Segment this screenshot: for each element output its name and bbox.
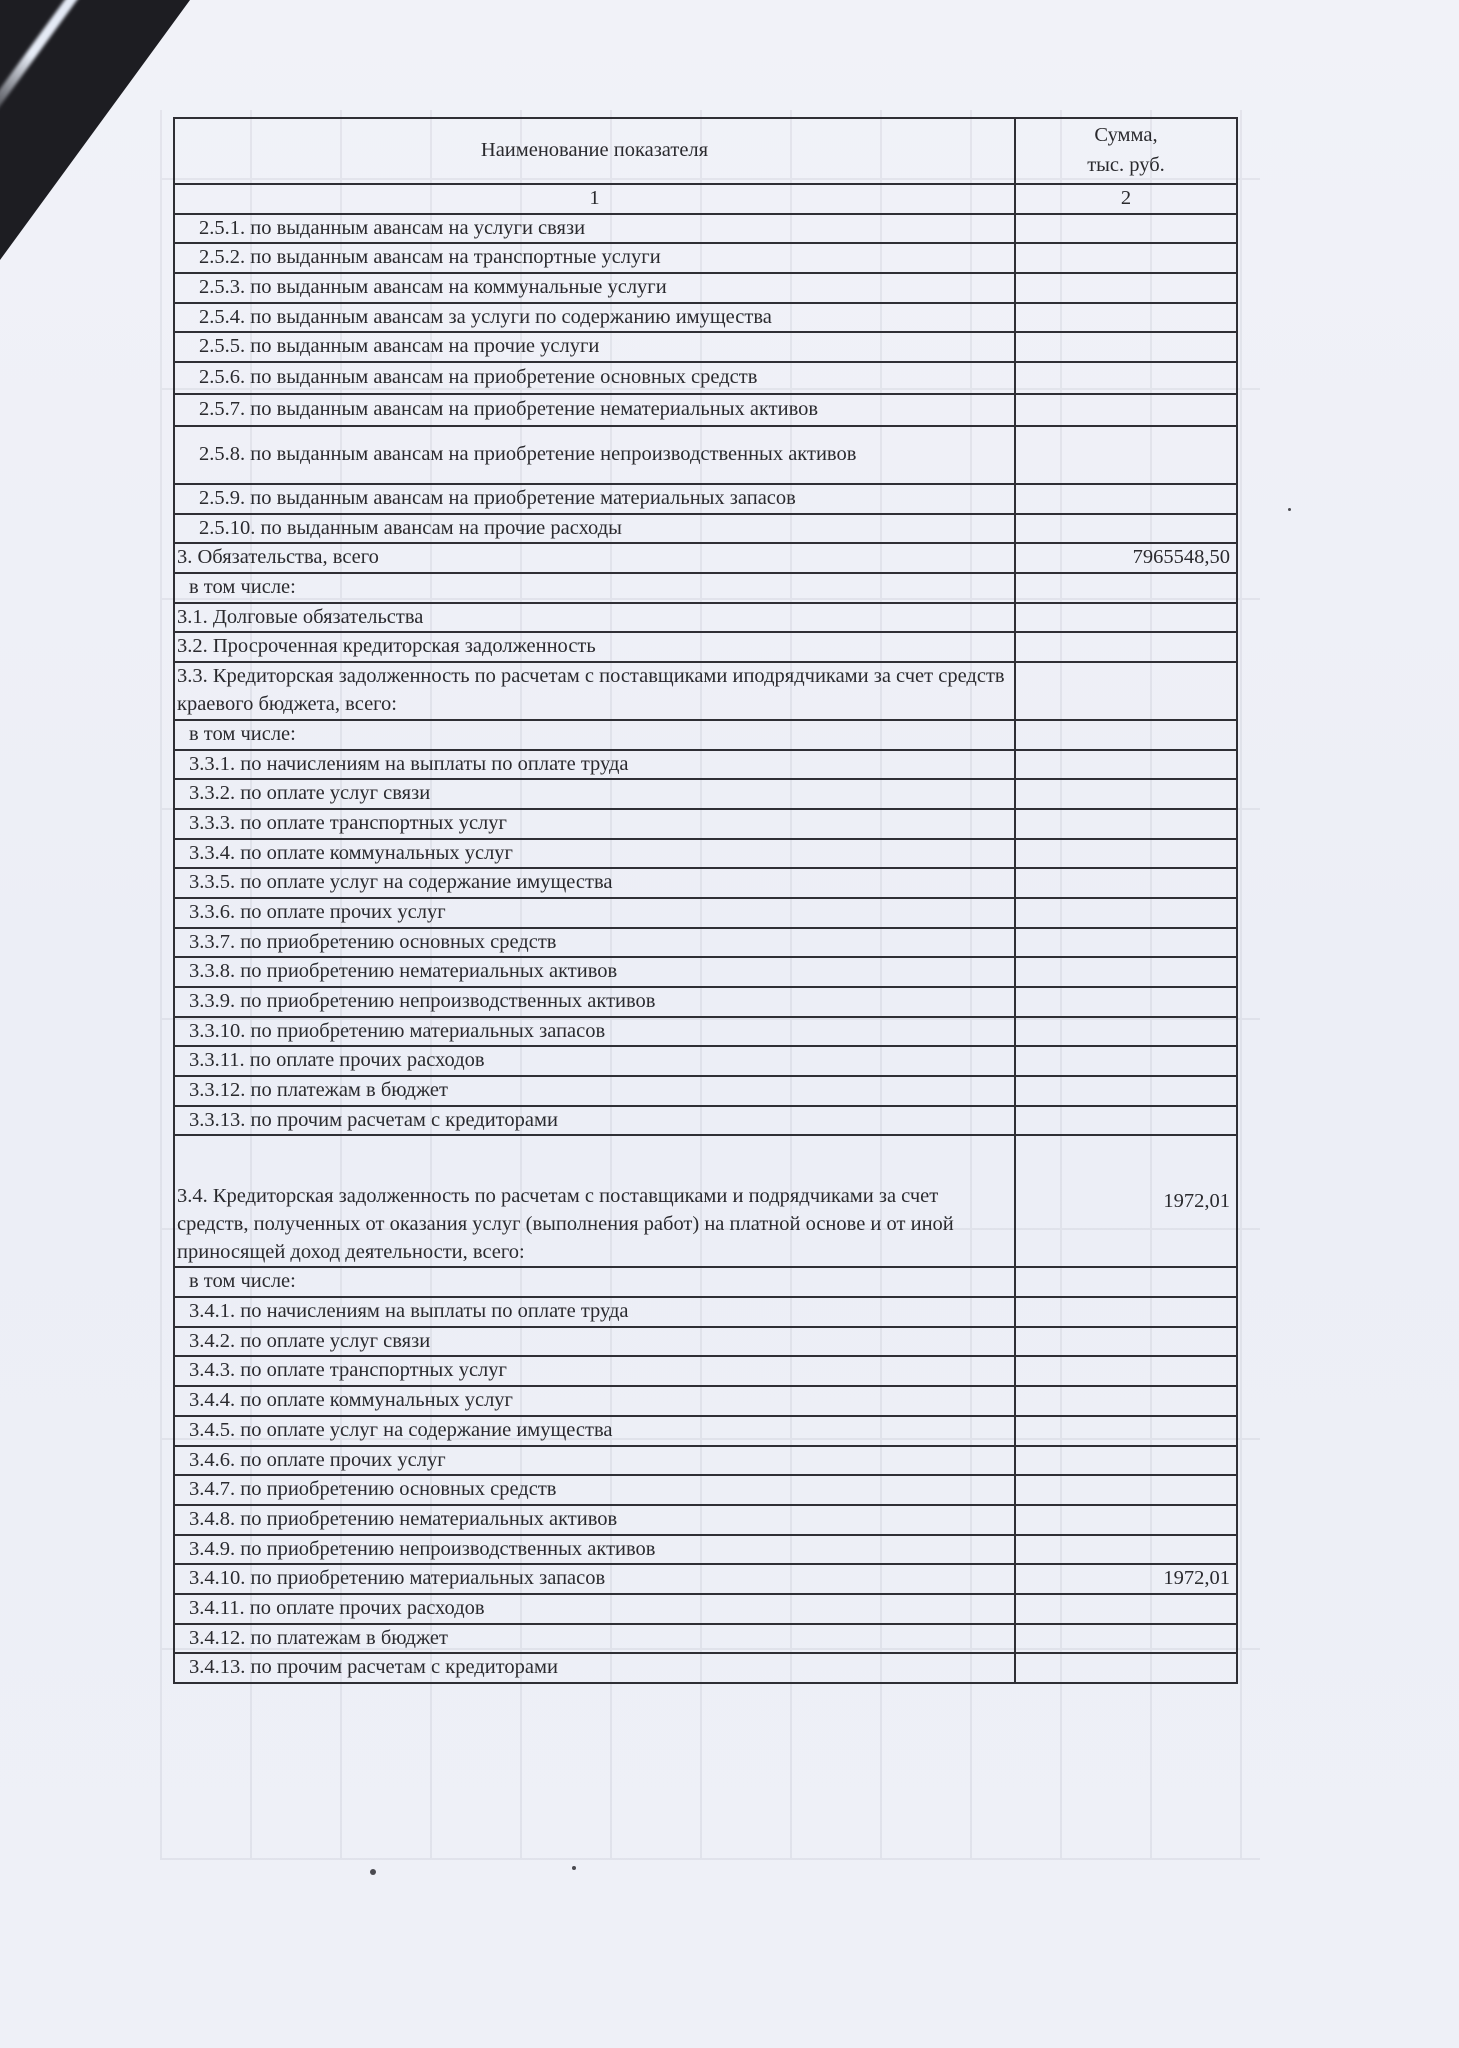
indicator-amount — [1015, 303, 1237, 333]
indicator-name: 3.4.6. по оплате прочих услуг — [174, 1446, 1015, 1476]
indicator-amount — [1015, 1106, 1237, 1136]
indicator-amount — [1015, 1475, 1237, 1505]
indicator-amount — [1015, 362, 1237, 394]
column-header-indicator-name: Наименование показателя — [174, 118, 1015, 184]
indicator-amount — [1015, 779, 1237, 809]
table-row: 2.5.3. по выданным авансам на коммунальн… — [174, 273, 1237, 303]
indicator-amount — [1015, 273, 1237, 303]
indicator-name: 3.4.9. по приобретению непроизводственны… — [174, 1535, 1015, 1565]
table-row: 2.5.8. по выданным авансам на приобретен… — [174, 426, 1237, 484]
indicator-amount — [1015, 214, 1237, 244]
indicator-amount — [1015, 426, 1237, 484]
indicator-amount — [1015, 394, 1237, 426]
table-row: 3.4.8. по приобретению нематериальных ак… — [174, 1505, 1237, 1535]
indicator-amount — [1015, 514, 1237, 544]
table-row: 3.4.2. по оплате услуг связи — [174, 1327, 1237, 1357]
table-row: 3. Обязательства, всего7965548,50 — [174, 543, 1237, 573]
indicator-amount — [1015, 1505, 1237, 1535]
indicator-amount — [1015, 868, 1237, 898]
indicator-amount — [1015, 1416, 1237, 1446]
indicator-name: 2.5.1. по выданным авансам на услуги свя… — [174, 214, 1015, 244]
indicator-name: 3.3.9. по приобретению непроизводственны… — [174, 987, 1015, 1017]
indicator-name: 2.5.3. по выданным авансам на коммунальн… — [174, 273, 1015, 303]
financial-indicators-table: Наименование показателя Сумма, тыс. руб.… — [173, 117, 1238, 1684]
indicator-name: 3. Обязательства, всего — [174, 543, 1015, 573]
indicator-amount — [1015, 1327, 1237, 1357]
indicator-name: 3.3.4. по оплате коммунальных услуг — [174, 839, 1015, 869]
indicator-amount — [1015, 809, 1237, 839]
table-row: 3.4.6. по оплате прочих услуг — [174, 1446, 1237, 1476]
column-header-amount: Сумма, тыс. руб. — [1015, 118, 1237, 184]
table-row: 3.4.1. по начислениям на выплаты по опла… — [174, 1297, 1237, 1327]
indicator-name: 3.3.11. по оплате прочих расходов — [174, 1046, 1015, 1076]
speck — [1288, 508, 1291, 511]
table-row: 2.5.9. по выданным авансам на приобретен… — [174, 484, 1237, 514]
indicator-name: 3.1. Долговые обязательства — [174, 603, 1015, 633]
table-row: 3.3.13. по прочим расчетам с кредиторами — [174, 1106, 1237, 1136]
column-number-row: 1 2 — [174, 184, 1237, 214]
indicator-name: 2.5.9. по выданным авансам на приобретен… — [174, 484, 1015, 514]
indicator-amount — [1015, 1653, 1237, 1683]
table-row: 3.4.7. по приобретению основных средств — [174, 1475, 1237, 1505]
column-header-amount-line1: Сумма, — [1094, 124, 1157, 146]
indicator-amount — [1015, 957, 1237, 987]
indicator-name: в том числе: — [174, 1267, 1015, 1297]
table-row: 3.3.6. по оплате прочих услуг — [174, 898, 1237, 928]
table-row: 3.4.3. по оплате транспортных услуг — [174, 1356, 1237, 1386]
column-number-1: 1 — [174, 184, 1015, 214]
table-row: 3.3.3. по оплате транспортных услуг — [174, 809, 1237, 839]
indicator-name: 3.3.1. по начислениям на выплаты по опла… — [174, 750, 1015, 780]
table-row: 3.4.12. по платежам в бюджет — [174, 1624, 1237, 1654]
indicator-amount — [1015, 332, 1237, 362]
indicator-name: 3.4.11. по оплате прочих расходов — [174, 1594, 1015, 1624]
speck — [572, 1866, 576, 1870]
indicator-name: 3.3.6. по оплате прочих услуг — [174, 898, 1015, 928]
table-row: 3.3.12. по платежам в бюджет — [174, 1076, 1237, 1106]
indicator-amount — [1015, 243, 1237, 273]
indicator-name: 3.4.4. по оплате коммунальных услуг — [174, 1386, 1015, 1416]
indicator-amount — [1015, 898, 1237, 928]
table-row: 2.5.10. по выданным авансам на прочие ра… — [174, 514, 1237, 544]
table-row: 3.3.11. по оплате прочих расходов — [174, 1046, 1237, 1076]
table-row: 3.3. Кредиторская задолженность по расче… — [174, 662, 1237, 720]
table-row: 2.5.7. по выданным авансам на приобретен… — [174, 394, 1237, 426]
indicator-amount — [1015, 839, 1237, 869]
indicator-name: 3.4.3. по оплате транспортных услуг — [174, 1356, 1015, 1386]
table-row: 3.4.9. по приобретению непроизводственны… — [174, 1535, 1237, 1565]
indicator-amount — [1015, 1017, 1237, 1047]
indicator-amount: 7965548,50 — [1015, 543, 1237, 573]
indicator-name: 3.4.1. по начислениям на выплаты по опла… — [174, 1297, 1015, 1327]
indicator-amount — [1015, 750, 1237, 780]
indicator-amount — [1015, 632, 1237, 662]
table-row: 3.4. Кредиторская задолженность по расче… — [174, 1135, 1237, 1267]
indicator-name: 2.5.4. по выданным авансам за услуги по … — [174, 303, 1015, 333]
column-number-2: 2 — [1015, 184, 1237, 214]
indicator-name: 2.5.5. по выданным авансам на прочие усл… — [174, 332, 1015, 362]
indicator-amount — [1015, 1297, 1237, 1327]
table-header-row: Наименование показателя Сумма, тыс. руб. — [174, 118, 1237, 184]
indicator-amount: 1972,01 — [1015, 1564, 1237, 1594]
indicator-name: 3.3.3. по оплате транспортных услуг — [174, 809, 1015, 839]
indicator-name: 3.4. Кредиторская задолженность по расче… — [174, 1135, 1015, 1267]
table-row: 3.3.2. по оплате услуг связи — [174, 779, 1237, 809]
table-row: 2.5.1. по выданным авансам на услуги свя… — [174, 214, 1237, 244]
indicator-amount — [1015, 1356, 1237, 1386]
indicator-name: 2.5.7. по выданным авансам на приобретен… — [174, 394, 1015, 426]
indicator-name: 2.5.10. по выданным авансам на прочие ра… — [174, 514, 1015, 544]
indicator-name: 3.3. Кредиторская задолженность по расче… — [174, 662, 1015, 720]
indicator-name: 3.3.13. по прочим расчетам с кредиторами — [174, 1106, 1015, 1136]
indicator-amount — [1015, 1624, 1237, 1654]
indicator-name: 3.4.7. по приобретению основных средств — [174, 1475, 1015, 1505]
indicator-amount — [1015, 603, 1237, 633]
indicator-name: 3.3.10. по приобретению материальных зап… — [174, 1017, 1015, 1047]
table-row: 3.3.8. по приобретению нематериальных ак… — [174, 957, 1237, 987]
table-row: в том числе: — [174, 1267, 1237, 1297]
indicator-name: 3.3.12. по платежам в бюджет — [174, 1076, 1015, 1106]
indicator-amount — [1015, 928, 1237, 958]
table-row: 3.2. Просроченная кредиторская задолженн… — [174, 632, 1237, 662]
table-row: 3.4.4. по оплате коммунальных услуг — [174, 1386, 1237, 1416]
indicator-name: 3.4.10. по приобретению материальных зап… — [174, 1564, 1015, 1594]
indicator-name: 3.3.2. по оплате услуг связи — [174, 779, 1015, 809]
table-row: 3.4.13. по прочим расчетам с кредиторами — [174, 1653, 1237, 1683]
indicator-name: в том числе: — [174, 573, 1015, 603]
table-row: 3.3.5. по оплате услуг на содержание иму… — [174, 868, 1237, 898]
indicator-name: 3.4.8. по приобретению нематериальных ак… — [174, 1505, 1015, 1535]
indicator-name: 3.4.2. по оплате услуг связи — [174, 1327, 1015, 1357]
speck — [370, 1869, 376, 1875]
indicator-name: 3.4.5. по оплате услуг на содержание иму… — [174, 1416, 1015, 1446]
table-row: 3.3.9. по приобретению непроизводственны… — [174, 987, 1237, 1017]
table-row: 2.5.6. по выданным авансам на приобретен… — [174, 362, 1237, 394]
table-row: 2.5.5. по выданным авансам на прочие усл… — [174, 332, 1237, 362]
table-row: 2.5.2. по выданным авансам на транспортн… — [174, 243, 1237, 273]
indicator-amount — [1015, 987, 1237, 1017]
table-row: 3.1. Долговые обязательства — [174, 603, 1237, 633]
indicator-name: 3.3.5. по оплате услуг на содержание иму… — [174, 868, 1015, 898]
indicator-amount — [1015, 1446, 1237, 1476]
indicator-name: 3.4.13. по прочим расчетам с кредиторами — [174, 1653, 1015, 1683]
indicator-amount — [1015, 1594, 1237, 1624]
table-row: 3.4.11. по оплате прочих расходов — [174, 1594, 1237, 1624]
column-header-amount-line2: тыс. руб. — [1087, 154, 1165, 176]
indicator-name: 3.3.7. по приобретению основных средств — [174, 928, 1015, 958]
table-row: 3.4.5. по оплате услуг на содержание иму… — [174, 1416, 1237, 1446]
indicator-name: 3.2. Просроченная кредиторская задолженн… — [174, 632, 1015, 662]
indicator-name: 3.4.12. по платежам в бюджет — [174, 1624, 1015, 1654]
indicator-amount — [1015, 1535, 1237, 1565]
indicator-amount — [1015, 573, 1237, 603]
table-row: 3.4.10. по приобретению материальных зап… — [174, 1564, 1237, 1594]
table-row: в том числе: — [174, 720, 1237, 750]
indicator-amount — [1015, 1386, 1237, 1416]
indicator-name: 2.5.6. по выданным авансам на приобретен… — [174, 362, 1015, 394]
table-row: 3.3.10. по приобретению материальных зап… — [174, 1017, 1237, 1047]
indicator-amount: 1972,01 — [1015, 1135, 1237, 1267]
table-row: 3.3.7. по приобретению основных средств — [174, 928, 1237, 958]
table-row: в том числе: — [174, 573, 1237, 603]
indicator-name: 3.3.8. по приобретению нематериальных ак… — [174, 957, 1015, 987]
indicator-amount — [1015, 720, 1237, 750]
indicator-amount — [1015, 1046, 1237, 1076]
indicator-name: 2.5.8. по выданным авансам на приобретен… — [174, 426, 1015, 484]
indicator-amount — [1015, 1267, 1237, 1297]
table-row: 3.3.1. по начислениям на выплаты по опла… — [174, 750, 1237, 780]
folded-corner — [0, 0, 190, 260]
table-row: 3.3.4. по оплате коммунальных услуг — [174, 839, 1237, 869]
indicator-amount — [1015, 662, 1237, 720]
table-row: 2.5.4. по выданным авансам за услуги по … — [174, 303, 1237, 333]
indicator-name: в том числе: — [174, 720, 1015, 750]
indicator-amount — [1015, 484, 1237, 514]
indicator-name: 2.5.2. по выданным авансам на транспортн… — [174, 243, 1015, 273]
indicator-amount — [1015, 1076, 1237, 1106]
